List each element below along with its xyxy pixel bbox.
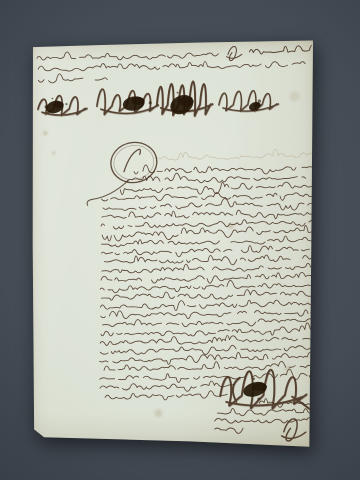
foxing-spot [154, 409, 162, 417]
script-line [100, 344, 317, 357]
script-line [100, 381, 238, 393]
script-line [101, 218, 317, 229]
foxing-spot [43, 131, 47, 135]
header-annotation [37, 48, 306, 84]
foxing-spot [290, 91, 300, 101]
body-text [96, 162, 319, 401]
script-line [100, 369, 314, 384]
ornamental-initial [86, 139, 160, 205]
rubric-flourish [281, 419, 306, 441]
script-line [38, 60, 305, 72]
signatures-row [37, 80, 279, 121]
script-line [134, 162, 314, 176]
addressee-note [226, 45, 315, 61]
script-line [101, 307, 315, 320]
paper-shadow-wrap [0, 0, 360, 480]
script-line [120, 181, 313, 196]
script-line [101, 288, 313, 301]
ink-speck [177, 92, 179, 94]
photo-backdrop: Photograph of an aged handwritten manusc… [0, 0, 360, 480]
closing-signature [214, 369, 319, 434]
script-line [101, 191, 316, 204]
ink-speck [52, 98, 54, 100]
script-line [101, 236, 311, 248]
script-line [156, 148, 315, 160]
script-line [102, 208, 315, 221]
rubric-flourish [226, 46, 242, 60]
foxing-spot [52, 151, 55, 154]
bottom-rubric [281, 419, 306, 441]
initial-stroke [124, 149, 141, 171]
script-line [102, 262, 311, 274]
handwriting-svg [32, 38, 319, 447]
script-line [217, 407, 318, 416]
script-line [127, 171, 310, 184]
script-line [249, 45, 315, 54]
script-line [105, 390, 227, 401]
manuscript-paper [31, 38, 315, 450]
script-line [103, 197, 315, 214]
script-line [100, 334, 316, 346]
initial-tail [87, 181, 129, 206]
faded-ghost-line [156, 148, 315, 160]
script-line [100, 298, 315, 312]
script-line [37, 49, 219, 61]
script-line [104, 253, 319, 268]
ink-speck [65, 103, 67, 105]
script-line [104, 360, 313, 373]
script-line [102, 225, 313, 241]
script-line [38, 73, 110, 83]
script-line [99, 351, 313, 366]
script-line [215, 428, 243, 434]
script-line [101, 272, 318, 285]
script-line [101, 244, 313, 258]
script-line [215, 417, 319, 425]
